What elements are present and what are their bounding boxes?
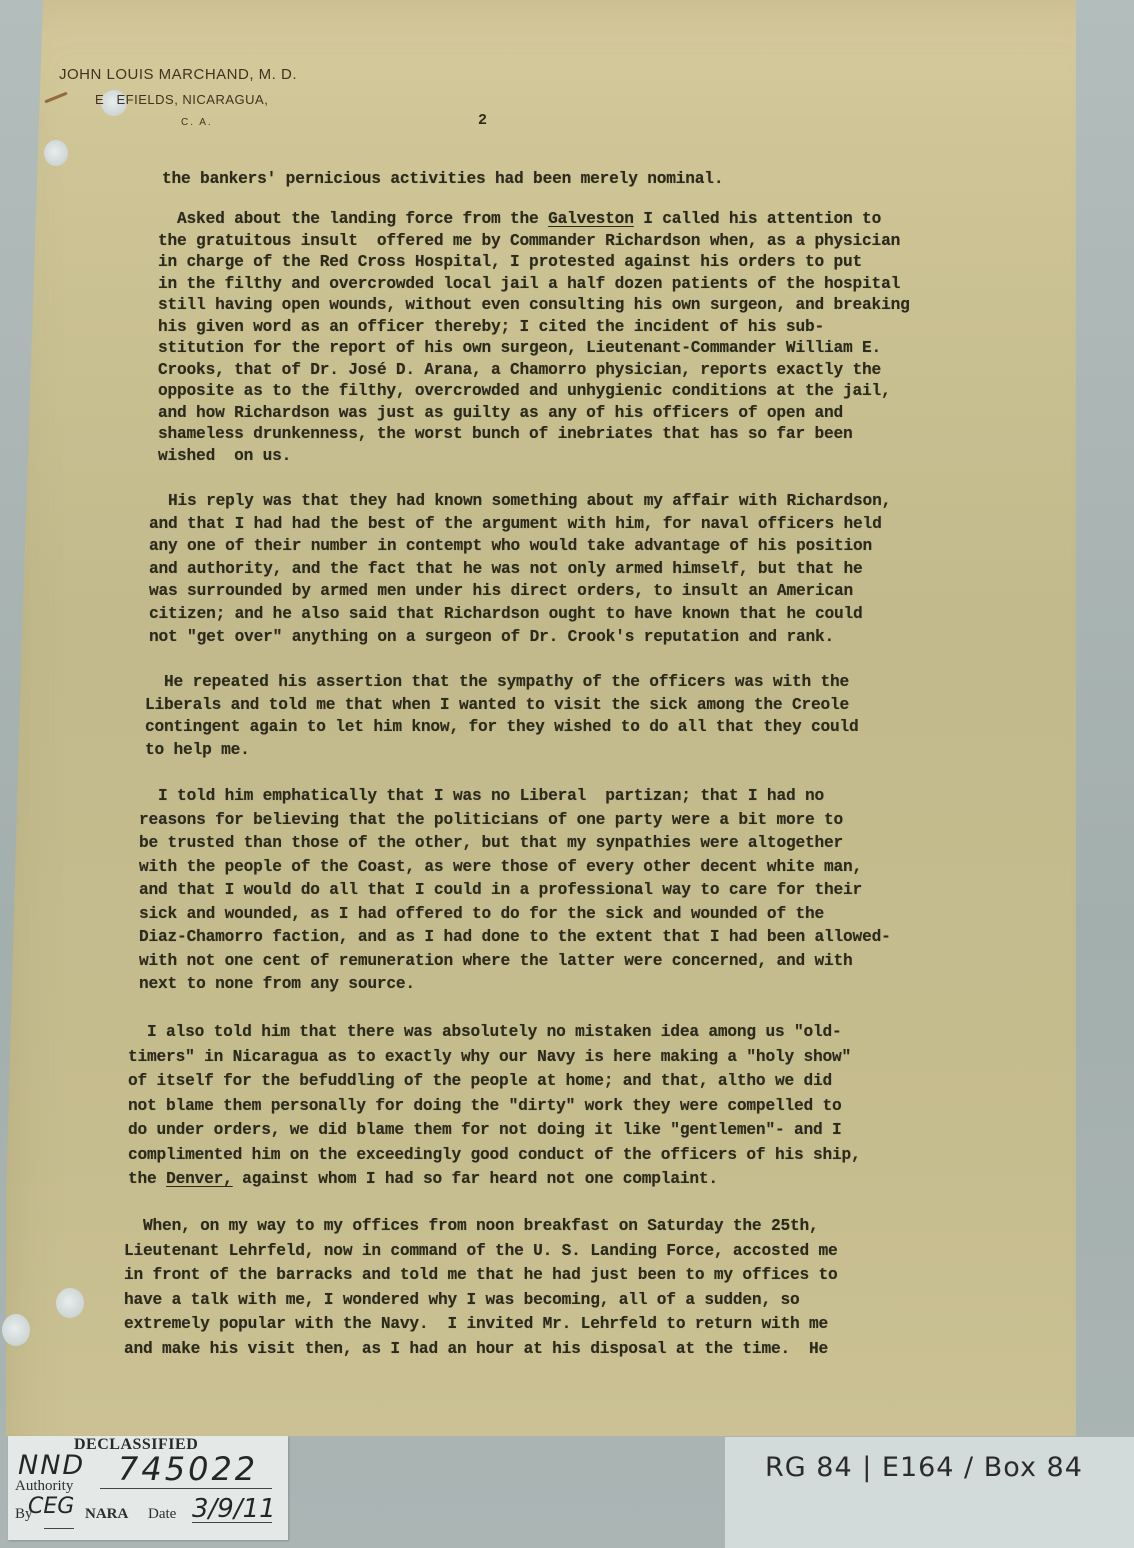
paragraph: His reply was that they had known someth… (149, 490, 891, 648)
text-line: the bankers' pernicious activities had b… (162, 169, 723, 191)
text-line: He repeated his assertion that the sympa… (145, 671, 859, 694)
text-line: and make his visit then, as I had an hou… (124, 1337, 838, 1362)
text-line: When, on my way to my offices from noon … (124, 1214, 838, 1239)
text-line: was surrounded by armed men under his di… (149, 580, 891, 603)
text-line: contingent again to let him know, for th… (145, 716, 859, 739)
text-line: with the people of the Coast, as were th… (139, 856, 891, 880)
paragraph: Asked about the landing force from the G… (158, 209, 910, 467)
text-line: wished on us. (158, 446, 910, 468)
text-line: of itself for the befuddling of the peop… (128, 1069, 861, 1094)
text-line: His reply was that they had known someth… (149, 490, 891, 513)
text-line: still having open wounds, without even c… (158, 295, 910, 317)
text-line: and how Richardson was just as guilty as… (158, 403, 910, 425)
text-line: in the filthy and overcrowded local jail… (158, 274, 910, 296)
text-line: Lieutenant Lehrfeld, now in command of t… (124, 1239, 838, 1264)
letterhead-city: E EFIELDS, NICARAGUA, (95, 92, 268, 107)
punch-hole-bottom (56, 1288, 84, 1318)
text-line: timers" in Nicaragua as to exactly why o… (128, 1045, 861, 1070)
date-handwritten: 3/9/11 (192, 1494, 276, 1524)
archive-reference: RG 84 | E164 / Box 84 (765, 1452, 1083, 1483)
text-line: I told him emphatically that I was no Li… (139, 785, 891, 809)
text-line: Liberals and told me that when I wanted … (145, 694, 859, 717)
paragraph: He repeated his assertion that the sympa… (145, 671, 859, 761)
paragraph: the bankers' pernicious activities had b… (162, 169, 723, 191)
text-line: shameless drunkenness, the worst bunch o… (158, 424, 910, 446)
text-line: not blame them personally for doing the … (128, 1094, 861, 1119)
text-line: Asked about the landing force from the G… (158, 209, 910, 231)
letterhead-name: JOHN LOUIS MARCHAND, M. D. (59, 66, 297, 83)
date-line (192, 1522, 272, 1523)
text-line: in front of the barracks and told me tha… (124, 1263, 838, 1288)
text-line: stitution for the report of his own surg… (158, 338, 910, 360)
punch-hole-bottom-edge (2, 1314, 30, 1346)
text-line: and authority, and the fact that he was … (149, 558, 891, 581)
text-line: next to none from any source. (139, 973, 891, 997)
text-line: with not one cent of remuneration where … (139, 950, 891, 974)
paragraph: When, on my way to my offices from noon … (124, 1214, 838, 1362)
letterhead-region: C. A. (181, 117, 213, 128)
text-line: citizen; and he also said that Richardso… (149, 603, 891, 626)
text-line: and that I would do all that I could in … (139, 879, 891, 903)
underlined-ship-name: Denver, (166, 1170, 233, 1188)
text-line: extremely popular with the Navy. I invit… (124, 1312, 838, 1337)
paragraph: I also told him that there was absolutel… (128, 1020, 861, 1192)
text-line: Crooks, that of Dr. José D. Arana, a Cha… (158, 360, 910, 382)
by-handwritten: CEG (28, 1494, 74, 1519)
authority-prefix-handwritten: NND (18, 1450, 85, 1481)
authority-number-handwritten: 745022 (118, 1450, 258, 1488)
underlined-ship-name: Galveston (548, 210, 634, 228)
text-line: not "get over" anything on a surgeon of … (149, 626, 891, 649)
page-number: 2 (478, 112, 487, 129)
text-line: sick and wounded, as I had offered to do… (139, 903, 891, 927)
text-line: the Denver, against whom I had so far he… (128, 1167, 861, 1192)
nara-label: NARA (85, 1506, 128, 1523)
punch-hole-top-edge (44, 140, 68, 166)
text-line: I also told him that there was absolutel… (128, 1020, 861, 1045)
text-line: have a talk with me, I wondered why I wa… (124, 1288, 838, 1313)
text-line: complimented him on the exceedingly good… (128, 1143, 861, 1168)
text-line: do under orders, we did blame them for n… (128, 1118, 861, 1143)
text-line: opposite as to the filthy, overcrowded a… (158, 381, 910, 403)
date-label: Date (148, 1506, 176, 1523)
text-line: Diaz-Chamorro faction, and as I had done… (139, 926, 891, 950)
text-line: the gratuitous insult offered me by Comm… (158, 231, 910, 253)
text-line: to help me. (145, 739, 859, 762)
text-line: his given word as an officer thereby; I … (158, 317, 910, 339)
text-line: in charge of the Red Cross Hospital, I p… (158, 252, 910, 274)
text-line: and that I had had the best of the argum… (149, 513, 891, 536)
text-line: be trusted than those of the other, but … (139, 832, 891, 856)
paragraph: I told him emphatically that I was no Li… (139, 785, 891, 997)
authority-line (100, 1488, 272, 1489)
text-line: reasons for believing that the politicia… (139, 809, 891, 833)
text-line: any one of their number in contempt who … (149, 535, 891, 558)
by-line (44, 1528, 74, 1529)
